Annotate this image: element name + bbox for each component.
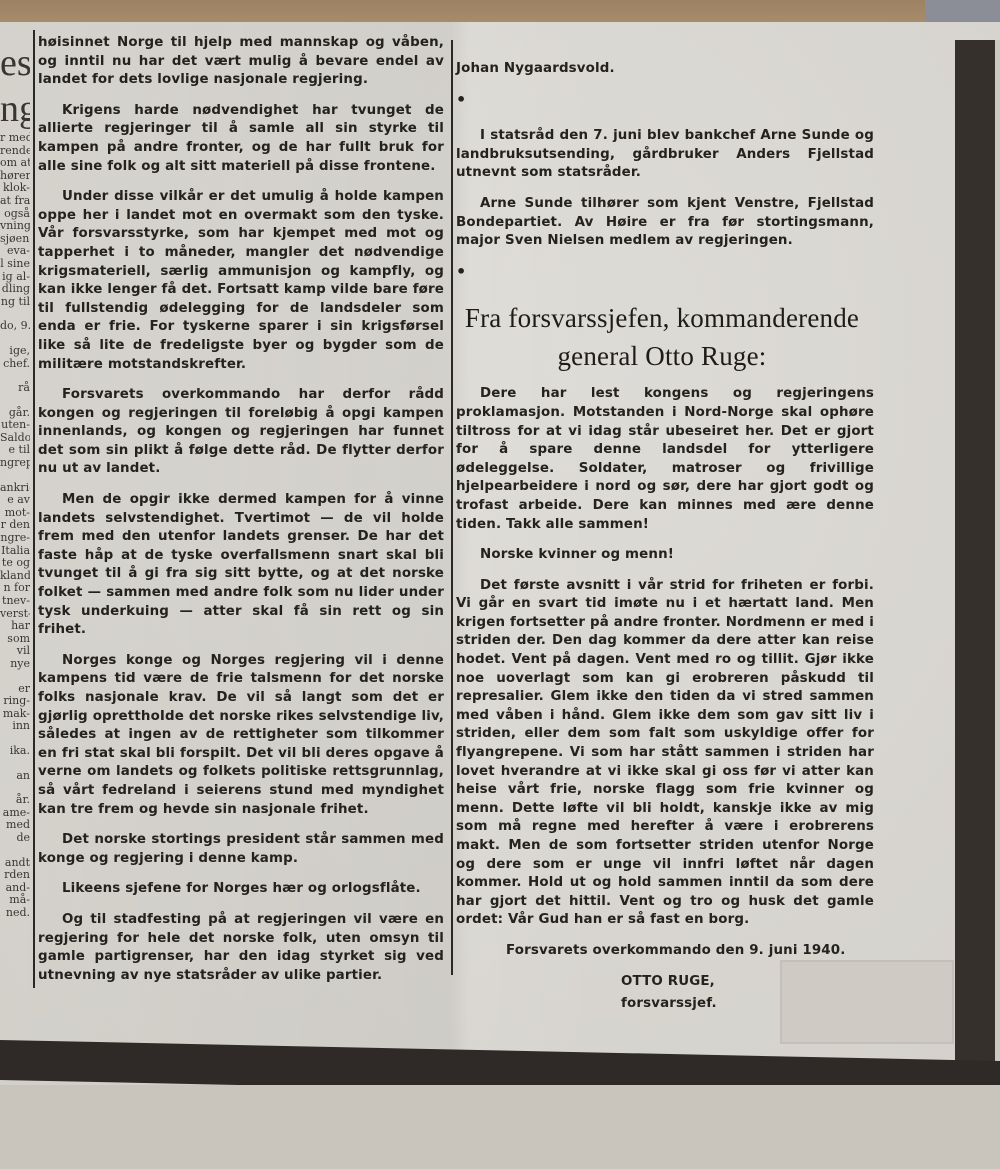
fragment-group: an <box>0 770 30 783</box>
fragment-group: ankri-e avmot-r denngre-Italiate ogkland… <box>0 482 30 671</box>
fragment-group: går.uten-Saldo.e tilngrep <box>0 407 30 470</box>
paragraph: Dere har lest kongens og regjeringens pr… <box>456 385 874 534</box>
proclamation-column: høisinnet Norge til hjelp med mannskap o… <box>38 34 444 997</box>
paragraph: I statsråd den 7. juni blev bankchef Arn… <box>456 127 874 183</box>
column-rule-left <box>33 30 35 988</box>
margin-text-fragment: an <box>0 770 30 783</box>
margin-text-fragment: rå <box>0 382 30 395</box>
paragraph: Norges konge og Norges regjering vil i d… <box>38 652 444 819</box>
headline-fragment: ng! <box>0 86 30 132</box>
paragraph: Likeens sjefene for Norges hær og orlogs… <box>38 880 444 899</box>
margin-text-fragment: uten- <box>0 419 30 432</box>
margin-text-fragment: ned. <box>0 907 30 920</box>
margin-text-fragment: tnev- <box>0 595 30 608</box>
paragraph: Og til stadfesting på at regjeringen vil… <box>38 911 444 985</box>
signature-nygaardsvold: Johan Nygaardsvold. <box>456 60 846 79</box>
paragraph: Krigens harde nødvendighet har tvunget d… <box>38 102 444 176</box>
paragraph-salutation: Norske kvinner og menn! <box>456 546 874 565</box>
margin-text-fragment: e av <box>0 494 30 507</box>
margin-text-fragment: rden <box>0 869 30 882</box>
margin-text-fragment: r med <box>0 132 30 145</box>
paragraph: Under disse vilkår er det umulig å holde… <box>38 188 444 374</box>
margin-text-fragment: nye <box>0 658 30 671</box>
margin-text-fragment: l sine <box>0 258 30 271</box>
paragraph: Men de opgir ikke dermed kampen for å vi… <box>38 491 444 640</box>
article-headline: Fra forsvarssjefen, kommanderende genera… <box>450 299 874 375</box>
margin-text-fragment: om at <box>0 157 30 170</box>
margin-text-fragment: do, 9. <box>0 320 30 333</box>
page-below-border <box>0 1085 1000 1169</box>
margin-text-fragment: ngrep <box>0 457 30 470</box>
margin-text-fragment: inn <box>0 720 30 733</box>
fragment-group: do, 9. <box>0 320 30 333</box>
paragraph: Det første avsnitt i vår strid for frihe… <box>456 577 874 930</box>
left-margin-column-fragment: es ng! r medrendeom athørerklok-at fraog… <box>0 40 30 990</box>
fragment-group: erring-mak-inn <box>0 683 30 733</box>
margin-text-fragment: år. <box>0 794 30 807</box>
margin-text-fragment: må- <box>0 894 30 907</box>
signature-name: OTTO RUGE, <box>621 973 874 992</box>
column-rule-center <box>451 40 453 975</box>
fragment-group: ika. <box>0 745 30 758</box>
margin-text-fragment: ring- <box>0 695 30 708</box>
margin-text-fragment: ige, <box>0 345 30 358</box>
margin-text-fragment: te og <box>0 557 30 570</box>
black-border-right <box>955 40 995 1115</box>
paragraph: Det norske stortings president står samm… <box>38 831 444 868</box>
margin-text-fragment: vning <box>0 220 30 233</box>
separator-bullet: • <box>456 263 874 282</box>
fragment-group: andtrdenand-må-ned. <box>0 857 30 920</box>
paragraph: Forsvarets overkommando har derfor rådd … <box>38 386 444 479</box>
fragment-group: år.ame-medde <box>0 794 30 844</box>
margin-text-fragment: at fra <box>0 195 30 208</box>
margin-text-fragment: ngre- <box>0 532 30 545</box>
fragment-group: rå <box>0 382 30 395</box>
margin-text-fragment: de <box>0 832 30 845</box>
separator-bullet: • <box>456 91 874 110</box>
fragment-group: ige,chef. <box>0 345 30 370</box>
closing-line: Forsvarets overkommando den 9. juni 1940… <box>456 942 874 961</box>
signature-title: forsvarssjef. <box>621 995 874 1014</box>
page-edge-right <box>995 40 1000 1115</box>
paragraph: høisinnet Norge til hjelp med mannskap o… <box>38 34 444 90</box>
paragraph: Arne Sunde tilhører som kjent Venstre, F… <box>456 195 874 251</box>
margin-text-fragment: har <box>0 620 30 633</box>
fragment-group: r medrendeom athørerklok-at fraogsåvning… <box>0 132 30 308</box>
margin-text-fragment: chef. <box>0 358 30 371</box>
ruge-statement-column: Johan Nygaardsvold. • I statsråd den 7. … <box>456 60 874 1014</box>
headline-fragment: es <box>0 40 30 86</box>
margin-text-fragment: ika. <box>0 745 30 758</box>
margin-text-fragment: ng til <box>0 296 30 309</box>
margin-text-fragment: dling <box>0 283 30 296</box>
